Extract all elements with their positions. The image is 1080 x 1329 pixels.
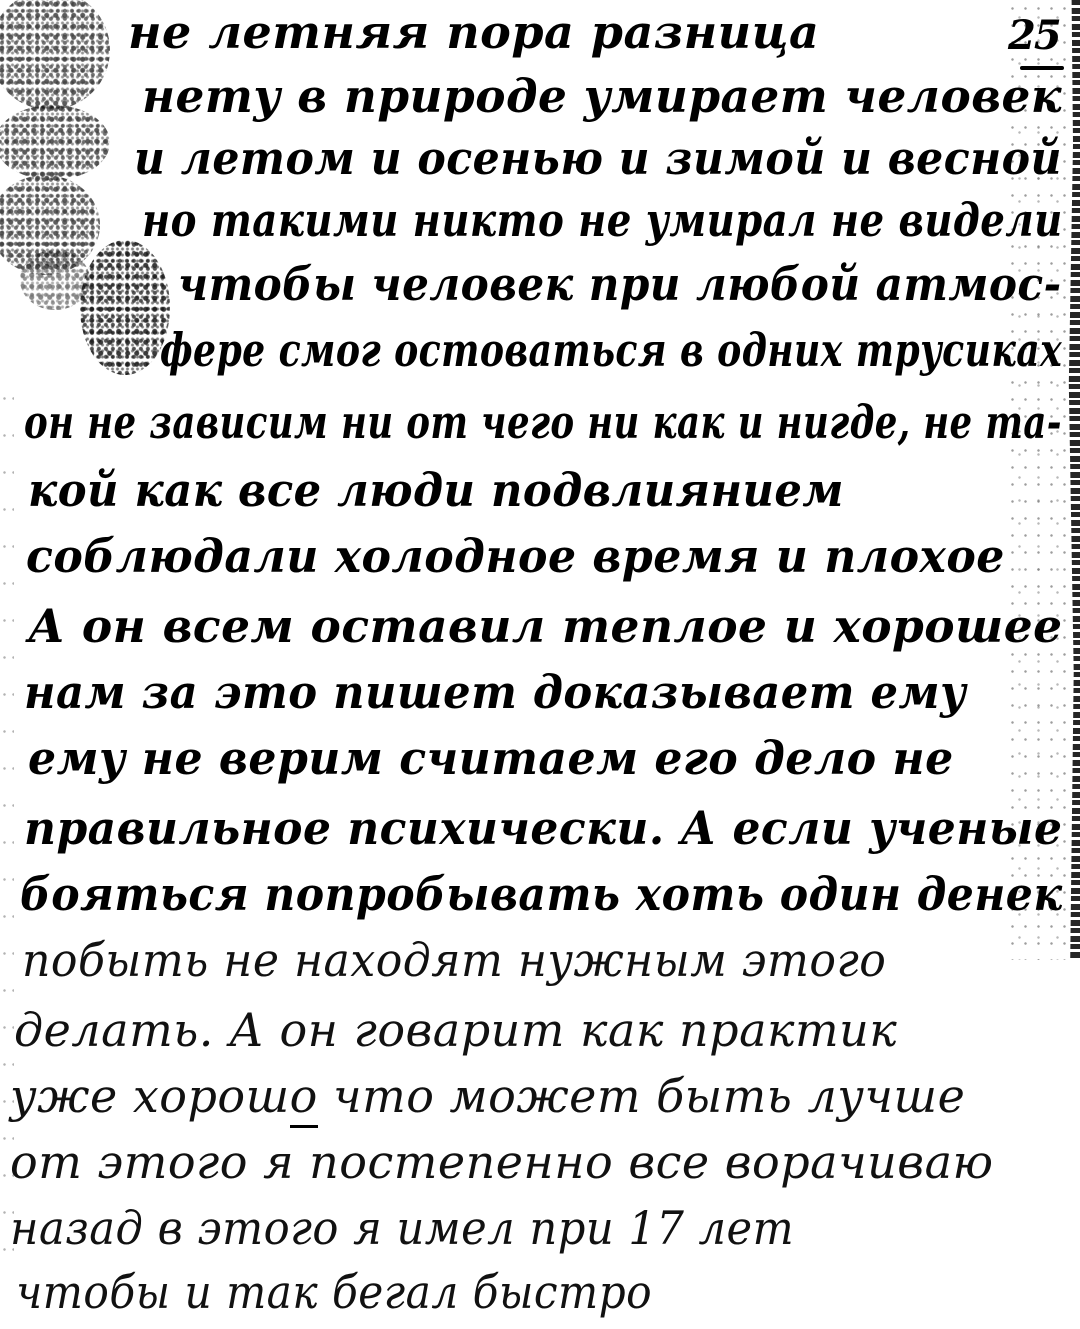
- binding-edge: [1066, 0, 1080, 960]
- handwritten-line: А он всем оставил теплое и хорошее: [28, 598, 1063, 654]
- handwritten-line: кой как все люди подвлиянием: [28, 462, 844, 518]
- handwritten-line: назад в этого я имел при 17 лет: [10, 1200, 794, 1256]
- handwritten-line: побыть не находят нужным этого: [22, 932, 886, 988]
- handwritten-line: фере смог остоваться в одних трусиках: [160, 322, 1062, 378]
- margin-stain: [0, 105, 110, 180]
- handwritten-line: соблюдали холодное время и плохое: [26, 528, 1005, 584]
- margin-stain: [0, 0, 110, 110]
- handwritten-line: ему не верим считаем его дело не: [28, 730, 954, 786]
- margin-stain: [80, 240, 170, 375]
- manuscript-page: 25 не летняя пора разница нету в природе…: [0, 0, 1080, 1329]
- page-number: 25: [1008, 14, 1060, 58]
- handwritten-line: и летом и осенью и зимой и весной: [134, 130, 1062, 186]
- underline-mark: [290, 1125, 318, 1128]
- handwritten-line: уже хорошо что может быть лучше: [10, 1068, 965, 1124]
- handwritten-line: не летняя пора разница: [128, 4, 819, 60]
- handwritten-line: чтобы и так бегал быстро: [16, 1264, 652, 1320]
- handwritten-line: нам за это пишет доказывает ему: [24, 664, 966, 720]
- handwritten-line: от этого я постепенно все ворачиваю: [10, 1134, 994, 1190]
- handwritten-line: он не зависим ни от чего ни как и нигде,…: [24, 394, 1062, 450]
- handwritten-line: делать. А он говарит как практик: [14, 1002, 897, 1058]
- handwritten-line: нету в природе умирает человек: [142, 68, 1062, 124]
- margin-stain: [20, 250, 90, 310]
- handwritten-line: но такими никто не умирал не видели: [142, 192, 1063, 248]
- handwritten-line: правильное психически. А если ученые: [24, 800, 1062, 856]
- handwritten-line: чтобы человек при любой атмос-: [178, 256, 1062, 312]
- handwritten-line: бояться попробывать хоть один денек: [20, 866, 1063, 922]
